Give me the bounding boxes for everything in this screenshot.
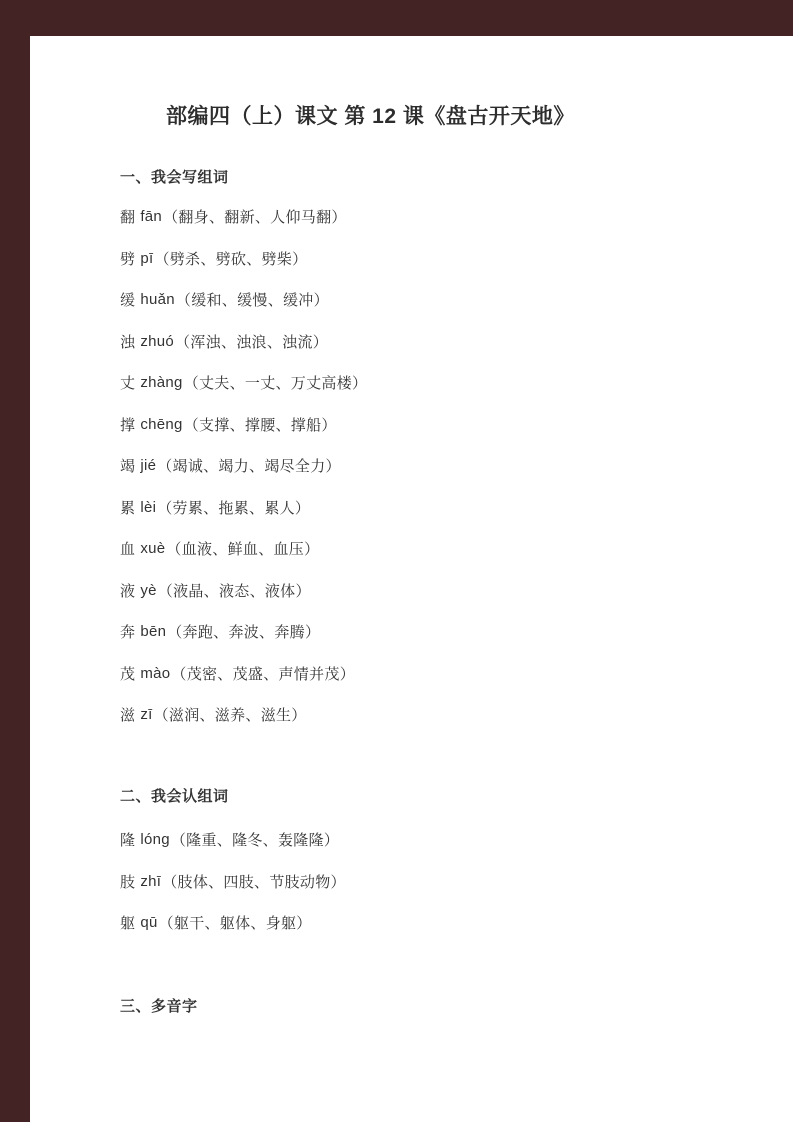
pinyin: fān xyxy=(140,208,162,225)
word-item: 撑 chēng （支撑、撑腰、撑船） xyxy=(120,404,793,446)
pinyin: yè xyxy=(140,582,156,599)
top-border-bar xyxy=(0,0,793,36)
word-item: 浊 zhuó （浑浊、浊浪、浊流） xyxy=(120,321,793,363)
pinyin: xuè xyxy=(140,540,165,557)
word-item: 丈 zhàng （丈夫、一丈、万丈高楼） xyxy=(120,362,793,404)
pinyin: zhuó xyxy=(140,333,174,350)
word-group: （滋润、滋养、滋生） xyxy=(154,704,307,725)
word-group: （劈杀、劈砍、劈柴） xyxy=(154,248,307,269)
hanzi: 劈 xyxy=(120,248,135,269)
pinyin: jié xyxy=(140,457,156,474)
word-group: （奔跑、奔波、奔腾） xyxy=(167,621,320,642)
hanzi: 翻 xyxy=(120,206,135,227)
left-border-bar xyxy=(0,0,30,1122)
document-page: 部编四（上）课文 第 12 课《盘古开天地》 一、我会写组词 翻 fān （翻身… xyxy=(0,0,793,1122)
section-heading-1: 一、我会写组词 xyxy=(120,168,793,187)
word-item: 奔 bēn （奔跑、奔波、奔腾） xyxy=(120,611,793,653)
hanzi: 肢 xyxy=(120,871,135,892)
word-item: 茂 mào （茂密、茂盛、声情并茂） xyxy=(120,653,793,695)
word-group: （液晶、液态、液体） xyxy=(158,580,311,601)
word-item: 累 lèi （劳累、拖累、累人） xyxy=(120,487,793,529)
word-item: 液 yè （液晶、液态、液体） xyxy=(120,570,793,612)
pinyin: lóng xyxy=(140,831,170,848)
pinyin: zhàng xyxy=(140,374,182,391)
hanzi: 累 xyxy=(120,497,135,518)
word-group: （支撑、撑腰、撑船） xyxy=(184,414,337,435)
word-group: （茂密、茂盛、声情并茂） xyxy=(171,663,355,684)
hanzi: 丈 xyxy=(120,372,135,393)
hanzi: 浊 xyxy=(120,331,135,352)
word-group: （翻身、翻新、人仰马翻） xyxy=(163,206,347,227)
word-group: （缓和、缓慢、缓冲） xyxy=(176,289,329,310)
hanzi: 血 xyxy=(120,538,135,559)
word-group: （竭诚、竭力、竭尽全力） xyxy=(157,455,341,476)
word-group: （浑浊、浊浪、浊流） xyxy=(175,331,328,352)
pinyin: qū xyxy=(140,914,157,931)
hanzi: 茂 xyxy=(120,663,135,684)
word-item: 缓 huǎn （缓和、缓慢、缓冲） xyxy=(120,279,793,321)
word-item: 肢 zhī （肢体、四肢、节肢动物） xyxy=(120,861,793,903)
document-title: 部编四（上）课文 第 12 课《盘古开天地》 xyxy=(166,104,793,130)
word-item: 翻 fān （翻身、翻新、人仰马翻） xyxy=(120,196,793,238)
hanzi: 撑 xyxy=(120,414,135,435)
word-item: 躯 qū （躯干、躯体、身躯） xyxy=(120,902,793,944)
word-item: 隆 lóng （隆重、隆冬、轰隆隆） xyxy=(120,819,793,861)
section-heading-2: 二、我会认组词 xyxy=(120,787,793,806)
word-group: （丈夫、一丈、万丈高楼） xyxy=(184,372,368,393)
pinyin: lèi xyxy=(140,499,156,516)
hanzi: 缓 xyxy=(120,289,135,310)
hanzi: 躯 xyxy=(120,912,135,933)
word-group: （躯干、躯体、身躯） xyxy=(159,912,312,933)
pinyin: huǎn xyxy=(140,291,175,308)
pinyin: bēn xyxy=(140,623,166,640)
pinyin: chēng xyxy=(140,416,182,433)
hanzi: 液 xyxy=(120,580,135,601)
word-group: （劳累、拖累、累人） xyxy=(157,497,310,518)
section-heading-3: 三、多音字 xyxy=(120,997,793,1016)
hanzi: 滋 xyxy=(120,704,135,725)
word-item: 血 xuè （血液、鲜血、血压） xyxy=(120,528,793,570)
pinyin: pī xyxy=(140,250,153,267)
hanzi: 奔 xyxy=(120,621,135,642)
pinyin: zhī xyxy=(140,873,161,890)
word-group: （血液、鲜血、血压） xyxy=(166,538,319,559)
word-list-1: 翻 fān （翻身、翻新、人仰马翻） 劈 pī （劈杀、劈砍、劈柴） 缓 huǎ… xyxy=(120,196,793,736)
word-item: 滋 zī （滋润、滋养、滋生） xyxy=(120,694,793,736)
pinyin: mào xyxy=(140,665,170,682)
word-group: （隆重、隆冬、轰隆隆） xyxy=(171,829,339,850)
hanzi: 隆 xyxy=(120,829,135,850)
word-item: 竭 jié （竭诚、竭力、竭尽全力） xyxy=(120,445,793,487)
word-list-2: 隆 lóng （隆重、隆冬、轰隆隆） 肢 zhī （肢体、四肢、节肢动物） 躯 … xyxy=(120,819,793,944)
hanzi: 竭 xyxy=(120,455,135,476)
word-item: 劈 pī （劈杀、劈砍、劈柴） xyxy=(120,238,793,280)
pinyin: zī xyxy=(140,706,152,723)
word-group: （肢体、四肢、节肢动物） xyxy=(162,871,346,892)
